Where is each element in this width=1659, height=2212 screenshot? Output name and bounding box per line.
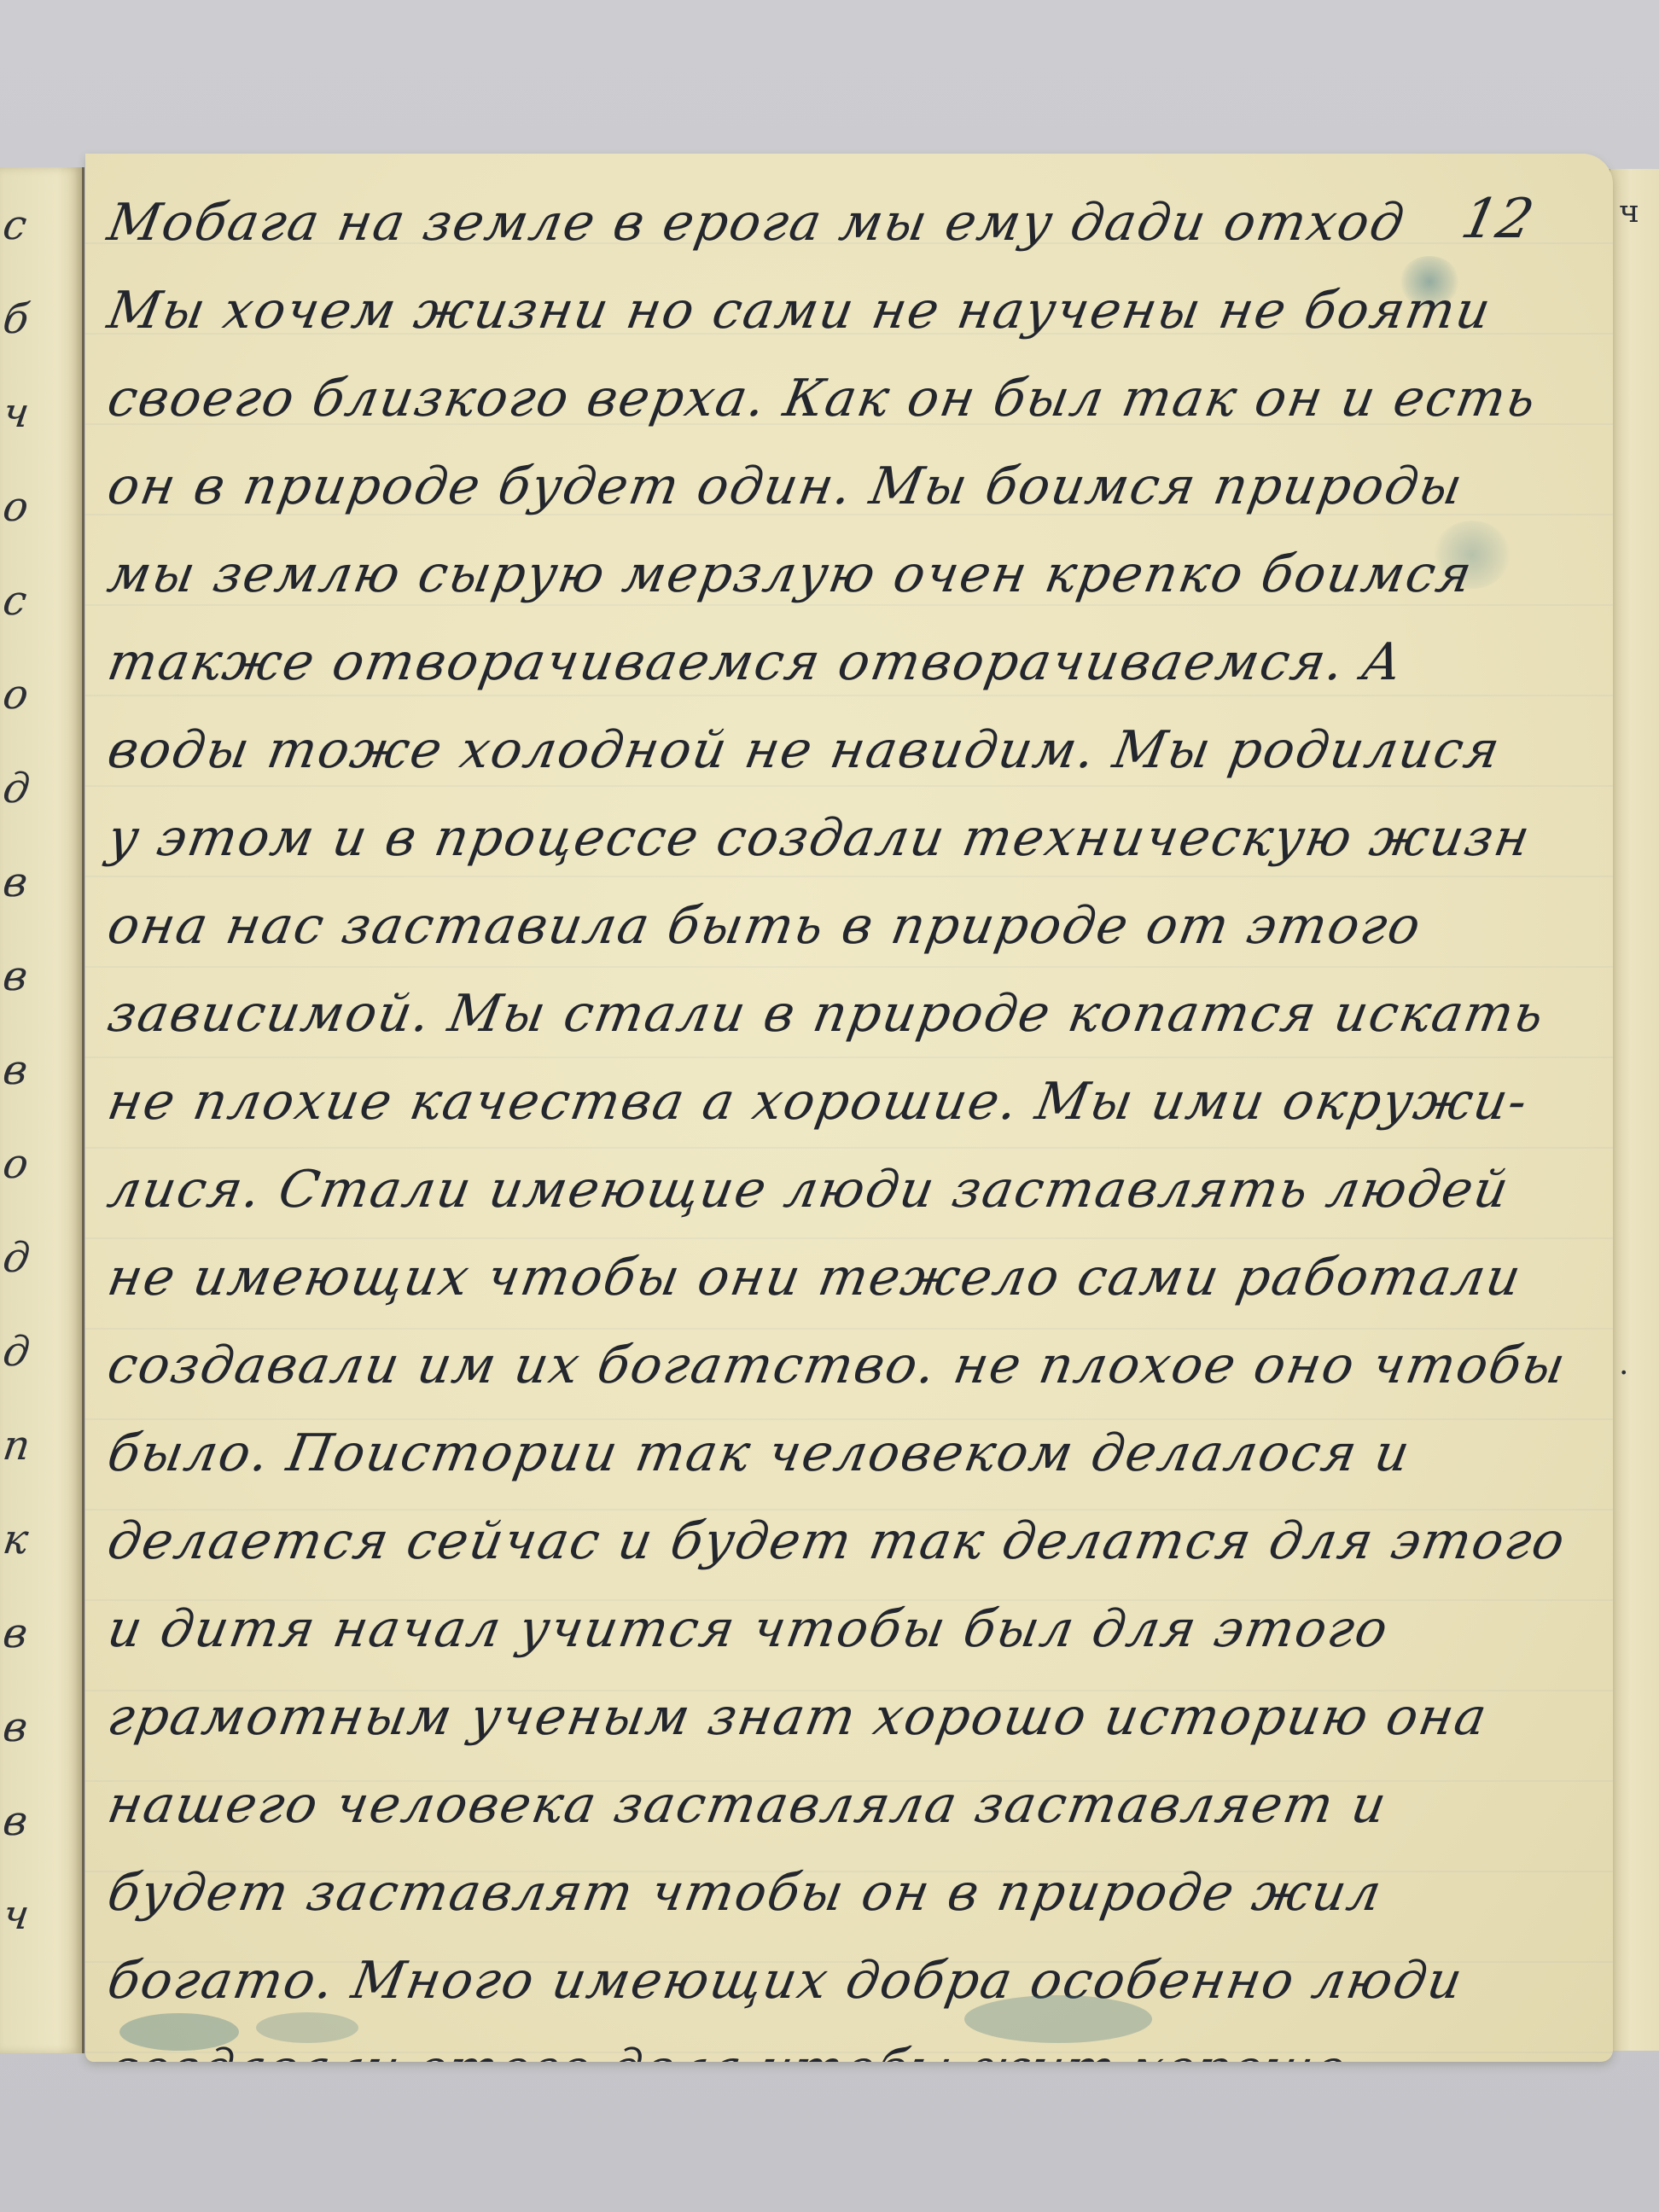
text-line: грамотным ученым знат хорошо историю она — [101, 1674, 1567, 1761]
left-page-fragment: с — [0, 577, 30, 625]
text-line: он в природе будет один. Мы боимся приро… — [101, 443, 1567, 531]
text-line: Мобага на земле в ерога мы ему дади отхо… — [101, 179, 1567, 267]
text-line: также отворачиваемся отворачиваемся. А — [101, 619, 1567, 707]
next-pages-edge: ч . — [1609, 169, 1659, 2051]
left-page-fragment: б — [0, 295, 32, 343]
right-page-fragment: . — [1619, 1347, 1628, 1382]
text-line: не имеющих чтобы они тежело сами работал… — [101, 1234, 1567, 1322]
text-line: воды тоже холодной не навидим. Мы родили… — [101, 707, 1567, 795]
text-line: лися. Стали имеющие люди заставлять люде… — [101, 1146, 1567, 1234]
text-line: у этом и в процессе создали техническую … — [101, 795, 1567, 882]
text-line: не плохие качества а хорошие. Мы ими окр… — [101, 1058, 1567, 1146]
text-line: мы землю сырую мерзлую очен крепко боимс… — [101, 531, 1567, 619]
text-line: было. Поистории так человеком делалося и — [101, 1410, 1567, 1498]
left-page-fragment: о — [0, 1140, 32, 1188]
left-page-fragment: в — [0, 859, 31, 906]
left-page-fragment: в — [0, 1703, 31, 1751]
left-page-fragment: п — [0, 1422, 33, 1470]
ink-smudges — [85, 1985, 1613, 2062]
left-page-fragment: о — [0, 671, 32, 719]
left-page-fragment: о — [0, 483, 32, 531]
left-page-fragment: ч — [0, 1891, 32, 1939]
left-page-fragment: в — [0, 1797, 31, 1845]
left-page-fragment: в — [0, 1610, 31, 1657]
text-line: создавали им их богатство. не плохое оно… — [101, 1322, 1567, 1410]
left-page-fragment: к — [0, 1516, 32, 1563]
text-line: Мы хочем жизни но сами не научены не боя… — [101, 267, 1567, 355]
left-page-fragment: в — [0, 952, 31, 1000]
previous-page-edge: с б ч о с о д в в в о д д п к в в в ч — [0, 167, 84, 2053]
left-page-fragment: с — [0, 201, 30, 249]
text-line: нашего человека заставляла заставляет и — [101, 1761, 1567, 1849]
left-page-fragment: в — [0, 1046, 31, 1094]
notebook-page: 12 Мобага на земле в ерога мы ему дади о… — [85, 154, 1613, 2062]
handwritten-text: Мобага на земле в ерога мы ему дади отхо… — [101, 179, 1551, 2062]
text-line: зависимой. Мы стали в природе копатся ис… — [101, 970, 1567, 1058]
left-page-fragment: д — [0, 1328, 32, 1376]
text-line: и дитя начал учится чтобы был для этого — [101, 1586, 1567, 1674]
text-line: будет заставлят чтобы он в природе жил — [101, 1849, 1567, 1937]
text-line: своего близкого верха. Как он был так он… — [101, 355, 1567, 443]
left-page-fragment: д — [0, 765, 32, 812]
photo-scene: с б ч о с о д в в в о д д п к в в в ч ч … — [0, 0, 1659, 2212]
left-page-fragment: ч — [0, 389, 32, 437]
left-page-fragment: д — [0, 1234, 32, 1282]
text-line: она нас заставила быть в природе от этог… — [101, 882, 1567, 970]
right-page-fragment: ч — [1619, 195, 1639, 230]
text-line: делается сейчас и будет так делатся для … — [101, 1498, 1567, 1586]
